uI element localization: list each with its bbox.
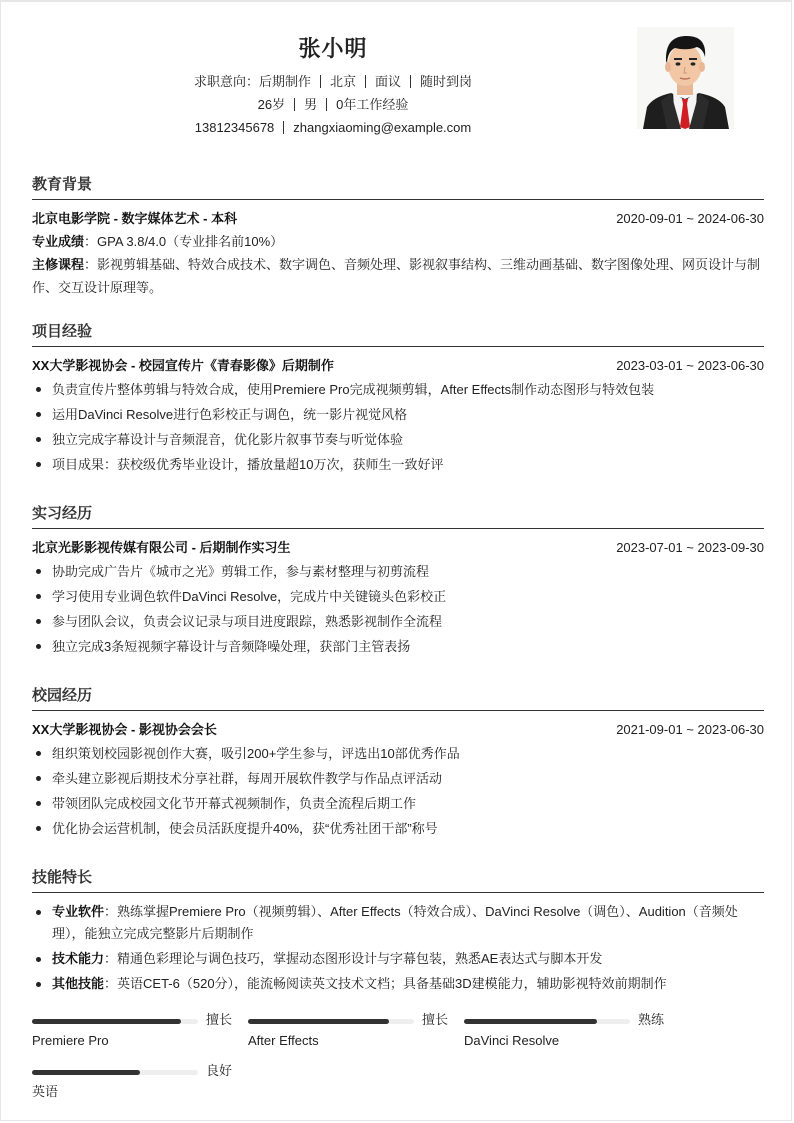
- section-skills: 技能特长 专业软件：熟练掌握Premiere Pro（视频剪辑）、After E…: [32, 867, 764, 998]
- internship-date: 2023-07-01 ~ 2023-09-30: [616, 537, 764, 559]
- skill-name: 英语: [32, 1082, 58, 1102]
- progress-fill: [248, 1019, 389, 1024]
- campus-entry-header: XX大学影视协会 - 影视协会会长 2021-09-01 ~ 2023-06-3…: [32, 719, 764, 741]
- progress-track: [248, 1019, 414, 1024]
- list-item: 优化协会运营机制，使会员活跃度提升40%，获“优秀社团干部”称号: [32, 816, 764, 841]
- job-intent-position: 后期制作: [259, 74, 311, 89]
- skills-bullets: 专业软件：熟练掌握Premiere Pro（视频剪辑）、After Effect…: [32, 901, 764, 995]
- section-title-education: 教育背景: [32, 174, 764, 200]
- progress-track: [464, 1019, 630, 1024]
- gpa-value: ：GPA 3.8/4.0（专业排名前10%）: [84, 234, 283, 249]
- list-item: 负责宣传片整体剪辑与特效合成，使用Premiere Pro完成视频剪辑，Afte…: [32, 377, 764, 402]
- work-experience: 0年工作经验: [336, 97, 408, 112]
- skill-level: 良好: [206, 1061, 232, 1081]
- divider: [320, 75, 321, 88]
- section-projects: 项目经验 XX大学影视协会 - 校园宣传片《青春影像》后期制作 2023-03-…: [32, 321, 764, 477]
- campus-bullets: 组织策划校园影视创作大赛，吸引200+学生参与，评选出10部优秀作品 牵头建立影…: [32, 741, 764, 841]
- progress-fill: [32, 1070, 140, 1075]
- job-intent-line: 求职意向：后期制作北京面议随时到岗: [1, 73, 665, 91]
- divider: [410, 75, 411, 88]
- job-intent-label: 求职意向：: [194, 74, 259, 89]
- skill-bar-english: 良好 英语: [32, 1061, 237, 1106]
- progress-track: [32, 1019, 198, 1024]
- internship-title: 北京光影影视传媒有限公司 - 后期制作实习生: [32, 537, 291, 559]
- internship-bullets: 协助完成广告片《城市之光》剪辑工作，参与素材整理与初剪流程 学习使用专业调色软件…: [32, 559, 764, 659]
- divider: [365, 75, 366, 88]
- age: 26岁: [258, 97, 285, 112]
- avatar: [637, 27, 734, 129]
- list-item: 协助完成广告片《城市之光》剪辑工作，参与素材整理与初剪流程: [32, 559, 764, 584]
- education-date: 2020-09-01 ~ 2024-06-30: [616, 208, 764, 230]
- email: zhangxiaoming@example.com: [293, 120, 471, 135]
- skill-label: 技术能力: [52, 951, 104, 966]
- section-title-projects: 项目经验: [32, 321, 764, 347]
- skill-text: ：熟练掌握Premiere Pro（视频剪辑）、After Effects（特效…: [52, 904, 738, 941]
- list-item: 参与团队会议，负责会议记录与项目进度跟踪，熟悉影视制作全流程: [32, 609, 764, 634]
- job-intent-salary: 面议: [375, 74, 401, 89]
- list-item: 牵头建立影视后期技术分享社群，每周开展软件教学与作品点评活动: [32, 766, 764, 791]
- skill-bar-after-effects: 擅长 After Effects: [248, 1010, 453, 1055]
- divider: [294, 98, 295, 111]
- project-title: XX大学影视协会 - 校园宣传片《青春影像》后期制作: [32, 355, 334, 377]
- skill-level: 擅长: [422, 1010, 448, 1030]
- phone: 13812345678: [195, 120, 275, 135]
- courses-label: 主修课程: [32, 257, 84, 272]
- list-item: 专业软件：熟练掌握Premiere Pro（视频剪辑）、After Effect…: [32, 901, 764, 945]
- project-entry-header: XX大学影视协会 - 校园宣传片《青春影像》后期制作 2023-03-01 ~ …: [32, 355, 764, 377]
- avatar-portrait-icon: [637, 27, 734, 129]
- skill-name: After Effects: [248, 1031, 319, 1051]
- skill-name: DaVinci Resolve: [464, 1031, 559, 1051]
- progress-fill: [32, 1019, 181, 1024]
- candidate-name: 张小明: [1, 32, 665, 63]
- skill-name: Premiere Pro: [32, 1031, 109, 1051]
- personal-info-line: 26岁男0年工作经验: [1, 96, 665, 114]
- skill-text: ：英语CET-6（520分），能流畅阅读英文技术文档；具备基础3D建模能力，辅助…: [104, 976, 667, 991]
- courses-value: ：影视剪辑基础、特效合成技术、数字调色、音频处理、影视叙事结构、三维动画基础、数…: [32, 257, 760, 295]
- contact-line: 13812345678zhangxiaoming@example.com: [1, 119, 665, 137]
- list-item: 其他技能：英语CET-6（520分），能流畅阅读英文技术文档；具备基础3D建模能…: [32, 973, 764, 995]
- resume-header: 张小明 求职意向：后期制作北京面议随时到岗 26岁男0年工作经验 1381234…: [1, 2, 794, 152]
- internship-entry-header: 北京光影影视传媒有限公司 - 后期制作实习生 2023-07-01 ~ 2023…: [32, 537, 764, 559]
- skill-bar-premiere: 擅长 Premiere Pro: [32, 1010, 237, 1055]
- list-item: 项目成果：获校级优秀毕业设计，播放量超10万次，获师生一致好评: [32, 452, 764, 477]
- list-item: 组织策划校园影视创作大赛，吸引200+学生参与，评选出10部优秀作品: [32, 741, 764, 766]
- skill-label: 专业软件: [52, 904, 104, 919]
- project-date: 2023-03-01 ~ 2023-06-30: [616, 355, 764, 377]
- education-entry-header: 北京电影学院 - 数字媒体艺术 - 本科 2020-09-01 ~ 2024-0…: [32, 208, 764, 230]
- list-item: 独立完成字幕设计与音频混音，优化影片叙事节奏与听觉体验: [32, 427, 764, 452]
- gender: 男: [304, 97, 317, 112]
- skill-bar-davinci: 熟练 DaVinci Resolve: [464, 1010, 669, 1055]
- skill-level: 熟练: [638, 1010, 664, 1030]
- campus-title: XX大学影视协会 - 影视协会会长: [32, 719, 217, 741]
- section-education: 教育背景 北京电影学院 - 数字媒体艺术 - 本科 2020-09-01 ~ 2…: [32, 174, 764, 299]
- section-campus: 校园经历 XX大学影视协会 - 影视协会会长 2021-09-01 ~ 2023…: [32, 685, 764, 841]
- section-title-skills: 技能特长: [32, 867, 764, 893]
- resume-page: 张小明 求职意向：后期制作北京面议随时到岗 26岁男0年工作经验 1381234…: [0, 0, 792, 1121]
- job-intent-availability: 随时到岗: [420, 74, 472, 89]
- divider: [326, 98, 327, 111]
- gpa-line: 专业成绩：GPA 3.8/4.0（专业排名前10%）: [32, 230, 764, 253]
- school-degree: 北京电影学院 - 数字媒体艺术 - 本科: [32, 208, 237, 230]
- progress-fill: [464, 1019, 597, 1024]
- courses-line: 主修课程：影视剪辑基础、特效合成技术、数字调色、音频处理、影视叙事结构、三维动画…: [32, 253, 764, 299]
- section-title-campus: 校园经历: [32, 685, 764, 711]
- list-item: 技术能力：精通色彩理论与调色技巧，掌握动态图形设计与字幕包装，熟悉AE表达式与脚…: [32, 948, 764, 970]
- section-internship: 实习经历 北京光影影视传媒有限公司 - 后期制作实习生 2023-07-01 ~…: [32, 503, 764, 659]
- list-item: 带领团队完成校园文化节开幕式视频制作，负责全流程后期工作: [32, 791, 764, 816]
- skill-text: ：精通色彩理论与调色技巧，掌握动态图形设计与字幕包装，熟悉AE表达式与脚本开发: [104, 951, 602, 966]
- project-bullets: 负责宣传片整体剪辑与特效合成，使用Premiere Pro完成视频剪辑，Afte…: [32, 377, 764, 477]
- divider: [283, 121, 284, 134]
- skill-level: 擅长: [206, 1010, 232, 1030]
- job-intent-city: 北京: [330, 74, 356, 89]
- list-item: 独立完成3条短视频字幕设计与音频降噪处理，获部门主管表扬: [32, 634, 764, 659]
- list-item: 学习使用专业调色软件DaVinci Resolve，完成片中关键镜头色彩校正: [32, 584, 764, 609]
- list-item: 运用DaVinci Resolve进行色彩校正与调色，统一影片视觉风格: [32, 402, 764, 427]
- section-title-internship: 实习经历: [32, 503, 764, 529]
- campus-date: 2021-09-01 ~ 2023-06-30: [616, 719, 764, 741]
- gpa-label: 专业成绩: [32, 234, 84, 249]
- progress-track: [32, 1070, 198, 1075]
- skill-label: 其他技能: [52, 976, 104, 991]
